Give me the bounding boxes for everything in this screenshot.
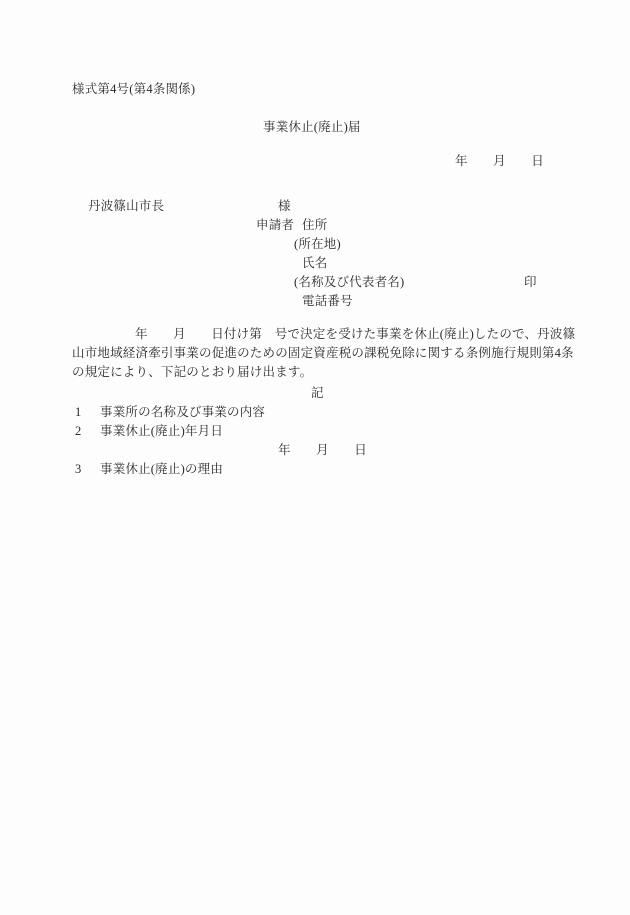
applicant-phone-label: 電話番号 [302,294,353,309]
applicant-name-rep-label: (名称及び代表者名) [294,275,404,290]
document-title: 事業休止(廃止)届 [263,120,361,135]
applicant-address-label: 住所 [302,218,327,233]
document-page: 様式第4号(第4条関係) 事業休止(廃止)届 年 月 日 丹波篠山市長 様 申請… [0,0,630,915]
item-2-date-blank: 年 月 日 [278,443,367,458]
form-number-note: 様式第4号(第4条関係) [72,82,195,97]
body-line-3: の規定により、下記のとおり届け出ます。 [72,365,312,380]
addressee-honorific: 様 [278,199,291,214]
applicant-label: 申請者 [256,218,294,233]
item-3-text: 事業休止(廃止)の理由 [100,462,223,477]
applicant-location-label: (所在地) [294,237,341,252]
addressee-name: 丹波篠山市長 [88,199,164,214]
body-line-2: 山市地域経済牽引事業の促進のための固定資産税の課税免除に関する条例施行規則第4条 [72,346,574,361]
date-blank-top: 年 月 日 [455,154,544,169]
item-2-text: 事業休止(廃止)年月日 [100,424,223,439]
record-heading: 記 [311,386,324,401]
item-1-number: 1 [75,405,81,420]
applicant-name-label: 氏名 [302,256,327,271]
item-3-number: 3 [75,462,81,477]
item-2-number: 2 [75,424,81,439]
seal-mark: 印 [524,275,537,290]
body-line-1: 年 月 日付け第 号で決定を受けた事業を休止(廃止)したので、丹波篠 [135,327,575,342]
item-1-text: 事業所の名称及び事業の内容 [100,405,265,420]
